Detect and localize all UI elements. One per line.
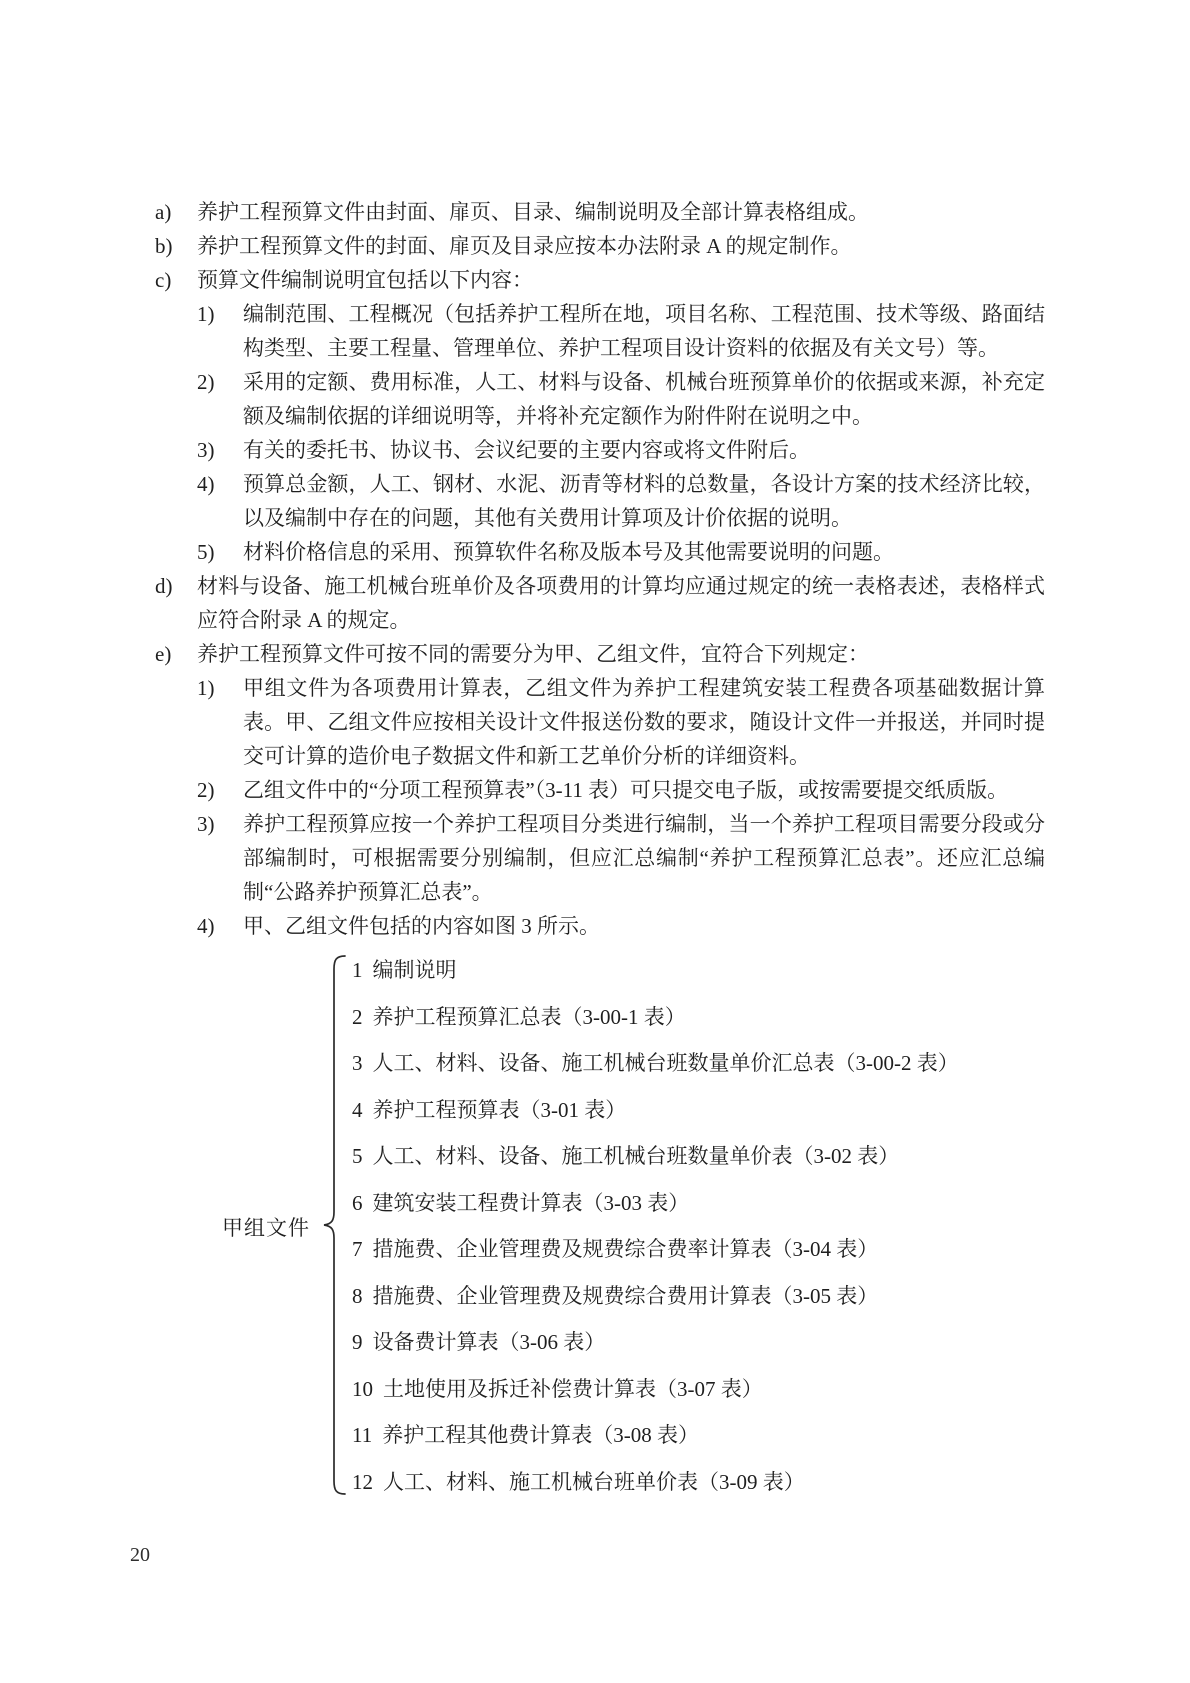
clause-c-3: 3) 有关的委托书、协议书、会议纪要的主要内容或将文件附后。 [155,433,1045,467]
figure-item-number: 2 [352,994,363,1041]
clause-text: 材料价格信息的采用、预算软件名称及版本号及其他需要说明的问题。 [243,535,1045,569]
figure-item-number: 6 [352,1180,363,1227]
clause-marker: 2) [197,365,243,399]
figure-item-11: 11养护工程其他费计算表（3-08 表） [352,1412,959,1459]
clause-list: a) 养护工程预算文件由封面、扉页、目录、编制说明及全部计算表格组成。 b) 养… [155,195,1045,943]
clause-marker: 4) [197,909,243,943]
figure-item-label: 养护工程预算表（3-01 表） [373,1098,627,1122]
clause-text: 预算总金额，人工、钢材、水泥、沥青等材料的总数量，各设计方案的技术经济比较，以及… [243,467,1045,535]
figure-item-number: 12 [352,1459,373,1506]
clause-marker: d) [155,569,197,603]
group-a-items: 1编制说明 2养护工程预算汇总表（3-00-1 表） 3人工、材料、设备、施工机… [352,947,959,1505]
clause-marker: c) [155,263,197,297]
figure-item-label: 人工、材料、施工机械台班单价表（3-09 表） [383,1470,805,1494]
figure-item-number: 7 [352,1226,363,1273]
clause-marker: e) [155,637,197,671]
clause-text: 有关的委托书、协议书、会议纪要的主要内容或将文件附后。 [243,433,1045,467]
clause-marker: a) [155,195,197,229]
clause-e-4: 4) 甲、乙组文件包括的内容如图 3 所示。 [155,909,1045,943]
clause-e-3: 3) 养护工程预算应按一个养护工程项目分类进行编制，当一个养护工程项目需要分段或… [155,807,1045,909]
clause-marker: 5) [197,535,243,569]
clause-marker: 4) [197,467,243,501]
clause-text: 养护工程预算文件的封面、扉页及目录应按本办法附录 A 的规定制作。 [197,229,1045,263]
figure-item-5: 5人工、材料、设备、施工机械台班数量单价表（3-02 表） [352,1133,959,1180]
clause-text: 养护工程预算文件可按不同的需要分为甲、乙组文件，宜符合下列规定： [197,637,1045,671]
figure-item-1: 1编制说明 [352,947,959,994]
document-page: a) 养护工程预算文件由封面、扉页、目录、编制说明及全部计算表格组成。 b) 养… [0,0,1190,1683]
figure-item-8: 8措施费、企业管理费及规费综合费用计算表（3-05 表） [352,1273,959,1320]
clause-marker: 1) [197,297,243,331]
clause-text: 养护工程预算应按一个养护工程项目分类进行编制，当一个养护工程项目需要分段或分部编… [243,807,1045,909]
clause-b: b) 养护工程预算文件的封面、扉页及目录应按本办法附录 A 的规定制作。 [155,229,1045,263]
figure-item-6: 6建筑安装工程费计算表（3-03 表） [352,1180,959,1227]
clause-marker: 1) [197,671,243,705]
clause-text: 养护工程预算文件由封面、扉页、目录、编制说明及全部计算表格组成。 [197,195,1045,229]
figure-item-number: 1 [352,947,363,994]
figure-item-10: 10土地使用及拆迁补偿费计算表（3-07 表） [352,1366,959,1413]
group-a-label: 甲组文件 [222,1212,310,1242]
clause-text: 乙组文件中的“分项工程预算表”（3-11 表）可只提交电子版，或按需要提交纸质版… [243,773,1045,807]
clause-c-2: 2) 采用的定额、费用标准，人工、材料与设备、机械台班预算单价的依据或来源，补充… [155,365,1045,433]
figure-item-9: 9设备费计算表（3-06 表） [352,1319,959,1366]
figure-item-7: 7措施费、企业管理费及规费综合费率计算表（3-04 表） [352,1226,959,1273]
figure-item-label: 人工、材料、设备、施工机械台班数量单价汇总表（3-00-2 表） [373,1051,959,1075]
figure-item-label: 措施费、企业管理费及规费综合费率计算表（3-04 表） [373,1237,879,1261]
figure-item-3: 3人工、材料、设备、施工机械台班数量单价汇总表（3-00-2 表） [352,1040,959,1087]
clause-d: d) 材料与设备、施工机械台班单价及各项费用的计算均应通过规定的统一表格表述，表… [155,569,1045,637]
clause-a: a) 养护工程预算文件由封面、扉页、目录、编制说明及全部计算表格组成。 [155,195,1045,229]
clause-c-1: 1) 编制范围、工程概况（包括养护工程所在地，项目名称、工程范围、技术等级、路面… [155,297,1045,365]
figure-item-number: 8 [352,1273,363,1320]
figure-item-number: 9 [352,1319,363,1366]
figure-item-label: 编制说明 [373,958,457,982]
curly-brace-icon [322,955,346,1495]
clause-text: 甲、乙组文件包括的内容如图 3 所示。 [243,909,1045,943]
figure-item-label: 设备费计算表（3-06 表） [373,1330,606,1354]
clause-marker: b) [155,229,197,263]
figure-item-number: 3 [352,1040,363,1087]
clause-e: e) 养护工程预算文件可按不同的需要分为甲、乙组文件，宜符合下列规定： [155,637,1045,671]
figure-item-label: 人工、材料、设备、施工机械台班数量单价表（3-02 表） [373,1144,900,1168]
clause-marker: 2) [197,773,243,807]
clause-text: 甲组文件为各项费用计算表，乙组文件为养护工程建筑安装工程费各项基础数据计算表。甲… [243,671,1045,773]
clause-e-1: 1) 甲组文件为各项费用计算表，乙组文件为养护工程建筑安装工程费各项基础数据计算… [155,671,1045,773]
clause-c-4: 4) 预算总金额，人工、钢材、水泥、沥青等材料的总数量，各设计方案的技术经济比较… [155,467,1045,535]
figure-item-label: 措施费、企业管理费及规费综合费用计算表（3-05 表） [373,1284,879,1308]
clause-marker: 3) [197,433,243,467]
clause-e-2: 2) 乙组文件中的“分项工程预算表”（3-11 表）可只提交电子版，或按需要提交… [155,773,1045,807]
figure-item-label: 养护工程预算汇总表（3-00-1 表） [373,1005,686,1029]
clause-text: 预算文件编制说明宜包括以下内容： [197,263,1045,297]
figure-item-number: 11 [352,1412,372,1459]
clause-c-5: 5) 材料价格信息的采用、预算软件名称及版本号及其他需要说明的问题。 [155,535,1045,569]
figure-item-number: 5 [352,1133,363,1180]
figure-item-2: 2养护工程预算汇总表（3-00-1 表） [352,994,959,1041]
clause-text: 编制范围、工程概况（包括养护工程所在地，项目名称、工程范围、技术等级、路面结构类… [243,297,1045,365]
figure-item-12: 12人工、材料、施工机械台班单价表（3-09 表） [352,1459,959,1506]
figure-item-label: 养护工程其他费计算表（3-08 表） [382,1423,699,1447]
figure-item-number: 4 [352,1087,363,1134]
figure-item-label: 土地使用及拆迁补偿费计算表（3-07 表） [383,1377,763,1401]
figure-item-label: 建筑安装工程费计算表（3-03 表） [373,1191,690,1215]
figure-item-number: 10 [352,1366,373,1413]
clause-text: 采用的定额、费用标准，人工、材料与设备、机械台班预算单价的依据或来源，补充定额及… [243,365,1045,433]
page-number: 20 [130,1544,150,1567]
clause-c: c) 预算文件编制说明宜包括以下内容： [155,263,1045,297]
clause-marker: 3) [197,807,243,841]
clause-text: 材料与设备、施工机械台班单价及各项费用的计算均应通过规定的统一表格表述，表格样式… [197,569,1045,637]
figure-item-4: 4养护工程预算表（3-01 表） [352,1087,959,1134]
